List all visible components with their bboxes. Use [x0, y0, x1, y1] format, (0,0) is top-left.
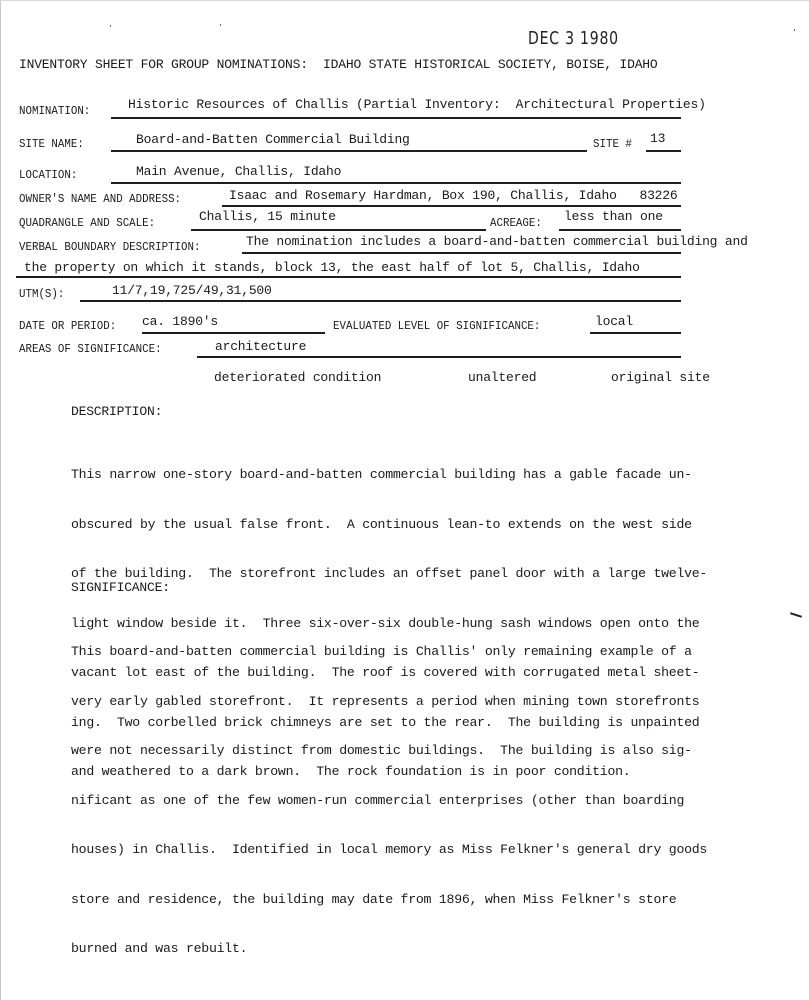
date-period-label: DATE OR PERIOD:: [19, 319, 116, 334]
page-edge: [0, 0, 1, 1000]
areas-label: AREAS OF SIGNIFICANCE:: [19, 342, 162, 357]
quadrangle-value: Challis, 15 minute: [199, 209, 336, 224]
condition-3: original site: [611, 370, 710, 385]
scan-speck: [110, 25, 111, 27]
scan-mark: [790, 612, 802, 618]
site-name-underline: [111, 150, 587, 152]
boundary-label: VERBAL BOUNDARY DESCRIPTION:: [19, 240, 200, 255]
significance-line: This board-and-batten commercial buildin…: [71, 644, 771, 661]
utm-value: 11/7,19,725/49,31,500: [112, 283, 272, 298]
quadrangle-underline: [191, 229, 486, 231]
document-title: INVENTORY SHEET FOR GROUP NOMINATIONS: I…: [19, 57, 658, 72]
site-number-value: 13: [650, 131, 665, 146]
page-edge-top: [0, 0, 809, 1]
description-line: obscured by the usual false front. A con…: [71, 517, 771, 534]
quadrangle-label: QUADRANGLE AND SCALE:: [19, 216, 155, 231]
significance-body: This board-and-batten commercial buildin…: [71, 611, 771, 974]
significance-line: burned and was rebuilt.: [71, 941, 771, 958]
location-label: LOCATION:: [19, 168, 77, 183]
nomination-value: Historic Resources of Challis (Partial I…: [128, 97, 706, 112]
description-line: This narrow one-story board-and-batten c…: [71, 467, 771, 484]
significance-line: nificant as one of the few women-run com…: [71, 793, 771, 810]
significance-line: were not necessarily distinct from domes…: [71, 743, 771, 760]
areas-underline: [197, 356, 681, 358]
utm-underline: [80, 300, 681, 302]
boundary-underline-1: [242, 252, 681, 254]
site-name-label: SITE NAME:: [19, 137, 84, 152]
site-number-underline: [646, 150, 681, 152]
utm-label: UTM(S):: [19, 287, 64, 302]
significance-heading: SIGNIFICANCE:: [71, 580, 170, 595]
owner-label: OWNER'S NAME AND ADDRESS:: [19, 192, 181, 207]
nomination-underline: [111, 117, 681, 119]
date-period-value: ca. 1890's: [142, 314, 218, 329]
significance-line: store and residence, the building may da…: [71, 892, 771, 909]
scan-speck: [220, 24, 221, 26]
site-number-label: SITE #: [593, 137, 632, 152]
owner-underline: [222, 205, 681, 207]
description-line: of the building. The storefront includes…: [71, 566, 771, 583]
boundary-value-line2: the property on which it stands, block 1…: [24, 260, 640, 275]
significance-level-label: EVALUATED LEVEL OF SIGNIFICANCE:: [333, 319, 540, 334]
date-period-underline: [142, 332, 325, 334]
significance-line: very early gabled storefront. It represe…: [71, 694, 771, 711]
acreage-label: ACREAGE:: [490, 216, 542, 231]
significance-line: houses) in Challis. Identified in local …: [71, 842, 771, 859]
acreage-value: less than one: [564, 209, 663, 224]
boundary-value-line1: The nomination includes a board-and-batt…: [246, 234, 748, 249]
location-underline: [111, 182, 681, 184]
boundary-underline-2: [16, 276, 681, 278]
date-stamp: DEC 3 1980: [528, 28, 619, 49]
nomination-label: NOMINATION:: [19, 104, 90, 119]
areas-value: architecture: [215, 339, 306, 354]
description-heading: DESCRIPTION:: [71, 404, 162, 419]
scan-speck: [794, 29, 795, 31]
site-name-value: Board-and-Batten Commercial Building: [136, 132, 410, 147]
significance-level-underline: [590, 332, 681, 334]
condition-2: unaltered: [468, 370, 536, 385]
owner-value: Isaac and Rosemary Hardman, Box 190, Cha…: [229, 188, 677, 203]
significance-level-value: local: [595, 314, 633, 329]
location-value: Main Avenue, Challis, Idaho: [136, 164, 341, 179]
condition-1: deteriorated condition: [214, 370, 381, 385]
acreage-underline: [559, 229, 681, 231]
